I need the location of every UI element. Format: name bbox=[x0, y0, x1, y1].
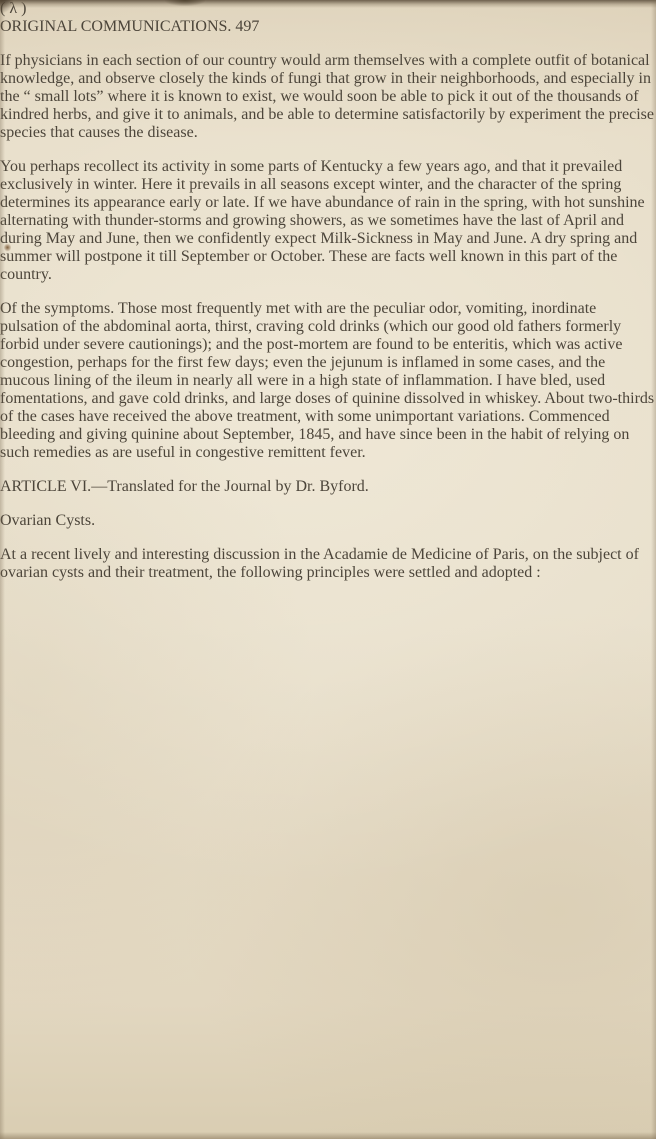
scan-edge-right bbox=[651, 0, 656, 1139]
paragraph-ovarian-cysts-1: At a recent lively and interesting discu… bbox=[0, 546, 656, 582]
article-number-label: ARTICLE VI. bbox=[0, 478, 91, 495]
running-title: ORIGINAL COMMUNICATIONS. bbox=[0, 18, 231, 35]
paragraph-milk-sickness-1: If physicians in each section of our cou… bbox=[0, 52, 656, 142]
scan-edge-left bbox=[0, 0, 5, 1139]
article-author: Dr. Byford. bbox=[295, 478, 368, 495]
scanned-journal-page: ( λ ) ORIGINAL COMMUNICATIONS. 497 If ph… bbox=[0, 0, 656, 1139]
article-subtitle: Ovarian Cysts. bbox=[0, 512, 656, 530]
article-vi-section: ARTICLE VI.—Translated for the Journal b… bbox=[0, 478, 656, 582]
scan-edge-top bbox=[0, 0, 656, 8]
scan-edge-bottom bbox=[0, 1132, 656, 1139]
page-header: ORIGINAL COMMUNICATIONS. 497 bbox=[0, 18, 656, 36]
paragraph-milk-sickness-2: You perhaps recollect its activity in so… bbox=[0, 158, 656, 284]
paragraph-milk-sickness-3: Of the symptoms. Those most frequently m… bbox=[0, 300, 656, 462]
article-byline: —Translated for the Journal by bbox=[91, 478, 295, 495]
article-heading: ARTICLE VI.—Translated for the Journal b… bbox=[0, 478, 656, 496]
page-number: 497 bbox=[235, 18, 259, 35]
article-body: If physicians in each section of our cou… bbox=[0, 52, 656, 462]
